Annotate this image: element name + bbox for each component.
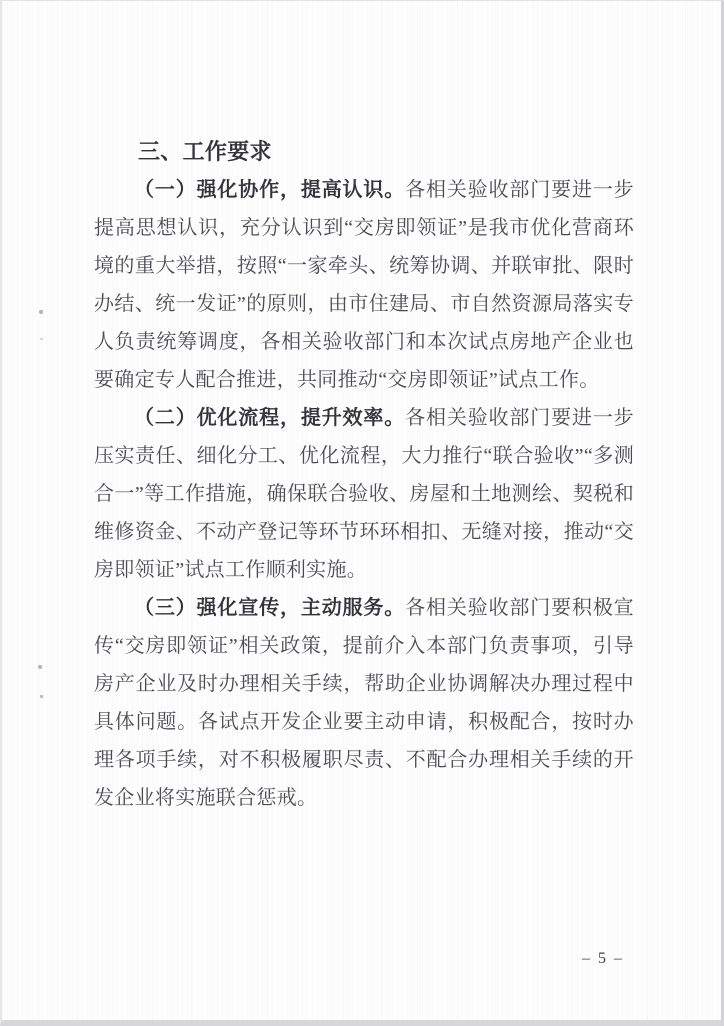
section-heading: 三、工作要求 bbox=[94, 133, 634, 171]
page-number: – 5 – bbox=[582, 949, 624, 969]
scanned-document-page: 三、工作要求 （一）强化协作，提高认识。各相关验收部门要进一步提高思想认识，充分… bbox=[0, 0, 724, 1026]
paragraph-3-body: 各相关验收部门要积极宣传“交房即领证”相关政策，提前介入本部门负责事项，引导房产… bbox=[94, 597, 634, 809]
paragraph-2-lead: （二）优化流程，提升效率。 bbox=[134, 407, 405, 429]
document-content: 三、工作要求 （一）强化协作，提高认识。各相关验收部门要进一步提高思想认识，充分… bbox=[94, 133, 634, 817]
scan-speck bbox=[40, 338, 43, 340]
paragraph-3-lead: （三）强化宣传，主动服务。 bbox=[134, 597, 405, 619]
scan-speck bbox=[39, 310, 43, 314]
scan-speck bbox=[38, 665, 42, 669]
paragraph-1: （一）强化协作，提高认识。各相关验收部门要进一步提高思想认识，充分认识到“交房即… bbox=[94, 171, 634, 399]
paragraph-3: （三）强化宣传，主动服务。各相关验收部门要积极宣传“交房即领证”相关政策，提前介… bbox=[94, 589, 634, 817]
paragraph-2-body: 各相关验收部门要进一步压实责任、细化分工、优化流程，大力推行“联合验收”“多测合… bbox=[94, 407, 634, 581]
paragraph-1-lead: （一）强化协作，提高认识。 bbox=[134, 179, 405, 201]
paragraph-2: （二）优化流程，提升效率。各相关验收部门要进一步压实责任、细化分工、优化流程，大… bbox=[94, 399, 634, 589]
paragraph-1-body: 各相关验收部门要进一步提高思想认识，充分认识到“交房即领证”是我市优化营商环境的… bbox=[94, 179, 634, 391]
scan-speck bbox=[40, 695, 43, 698]
